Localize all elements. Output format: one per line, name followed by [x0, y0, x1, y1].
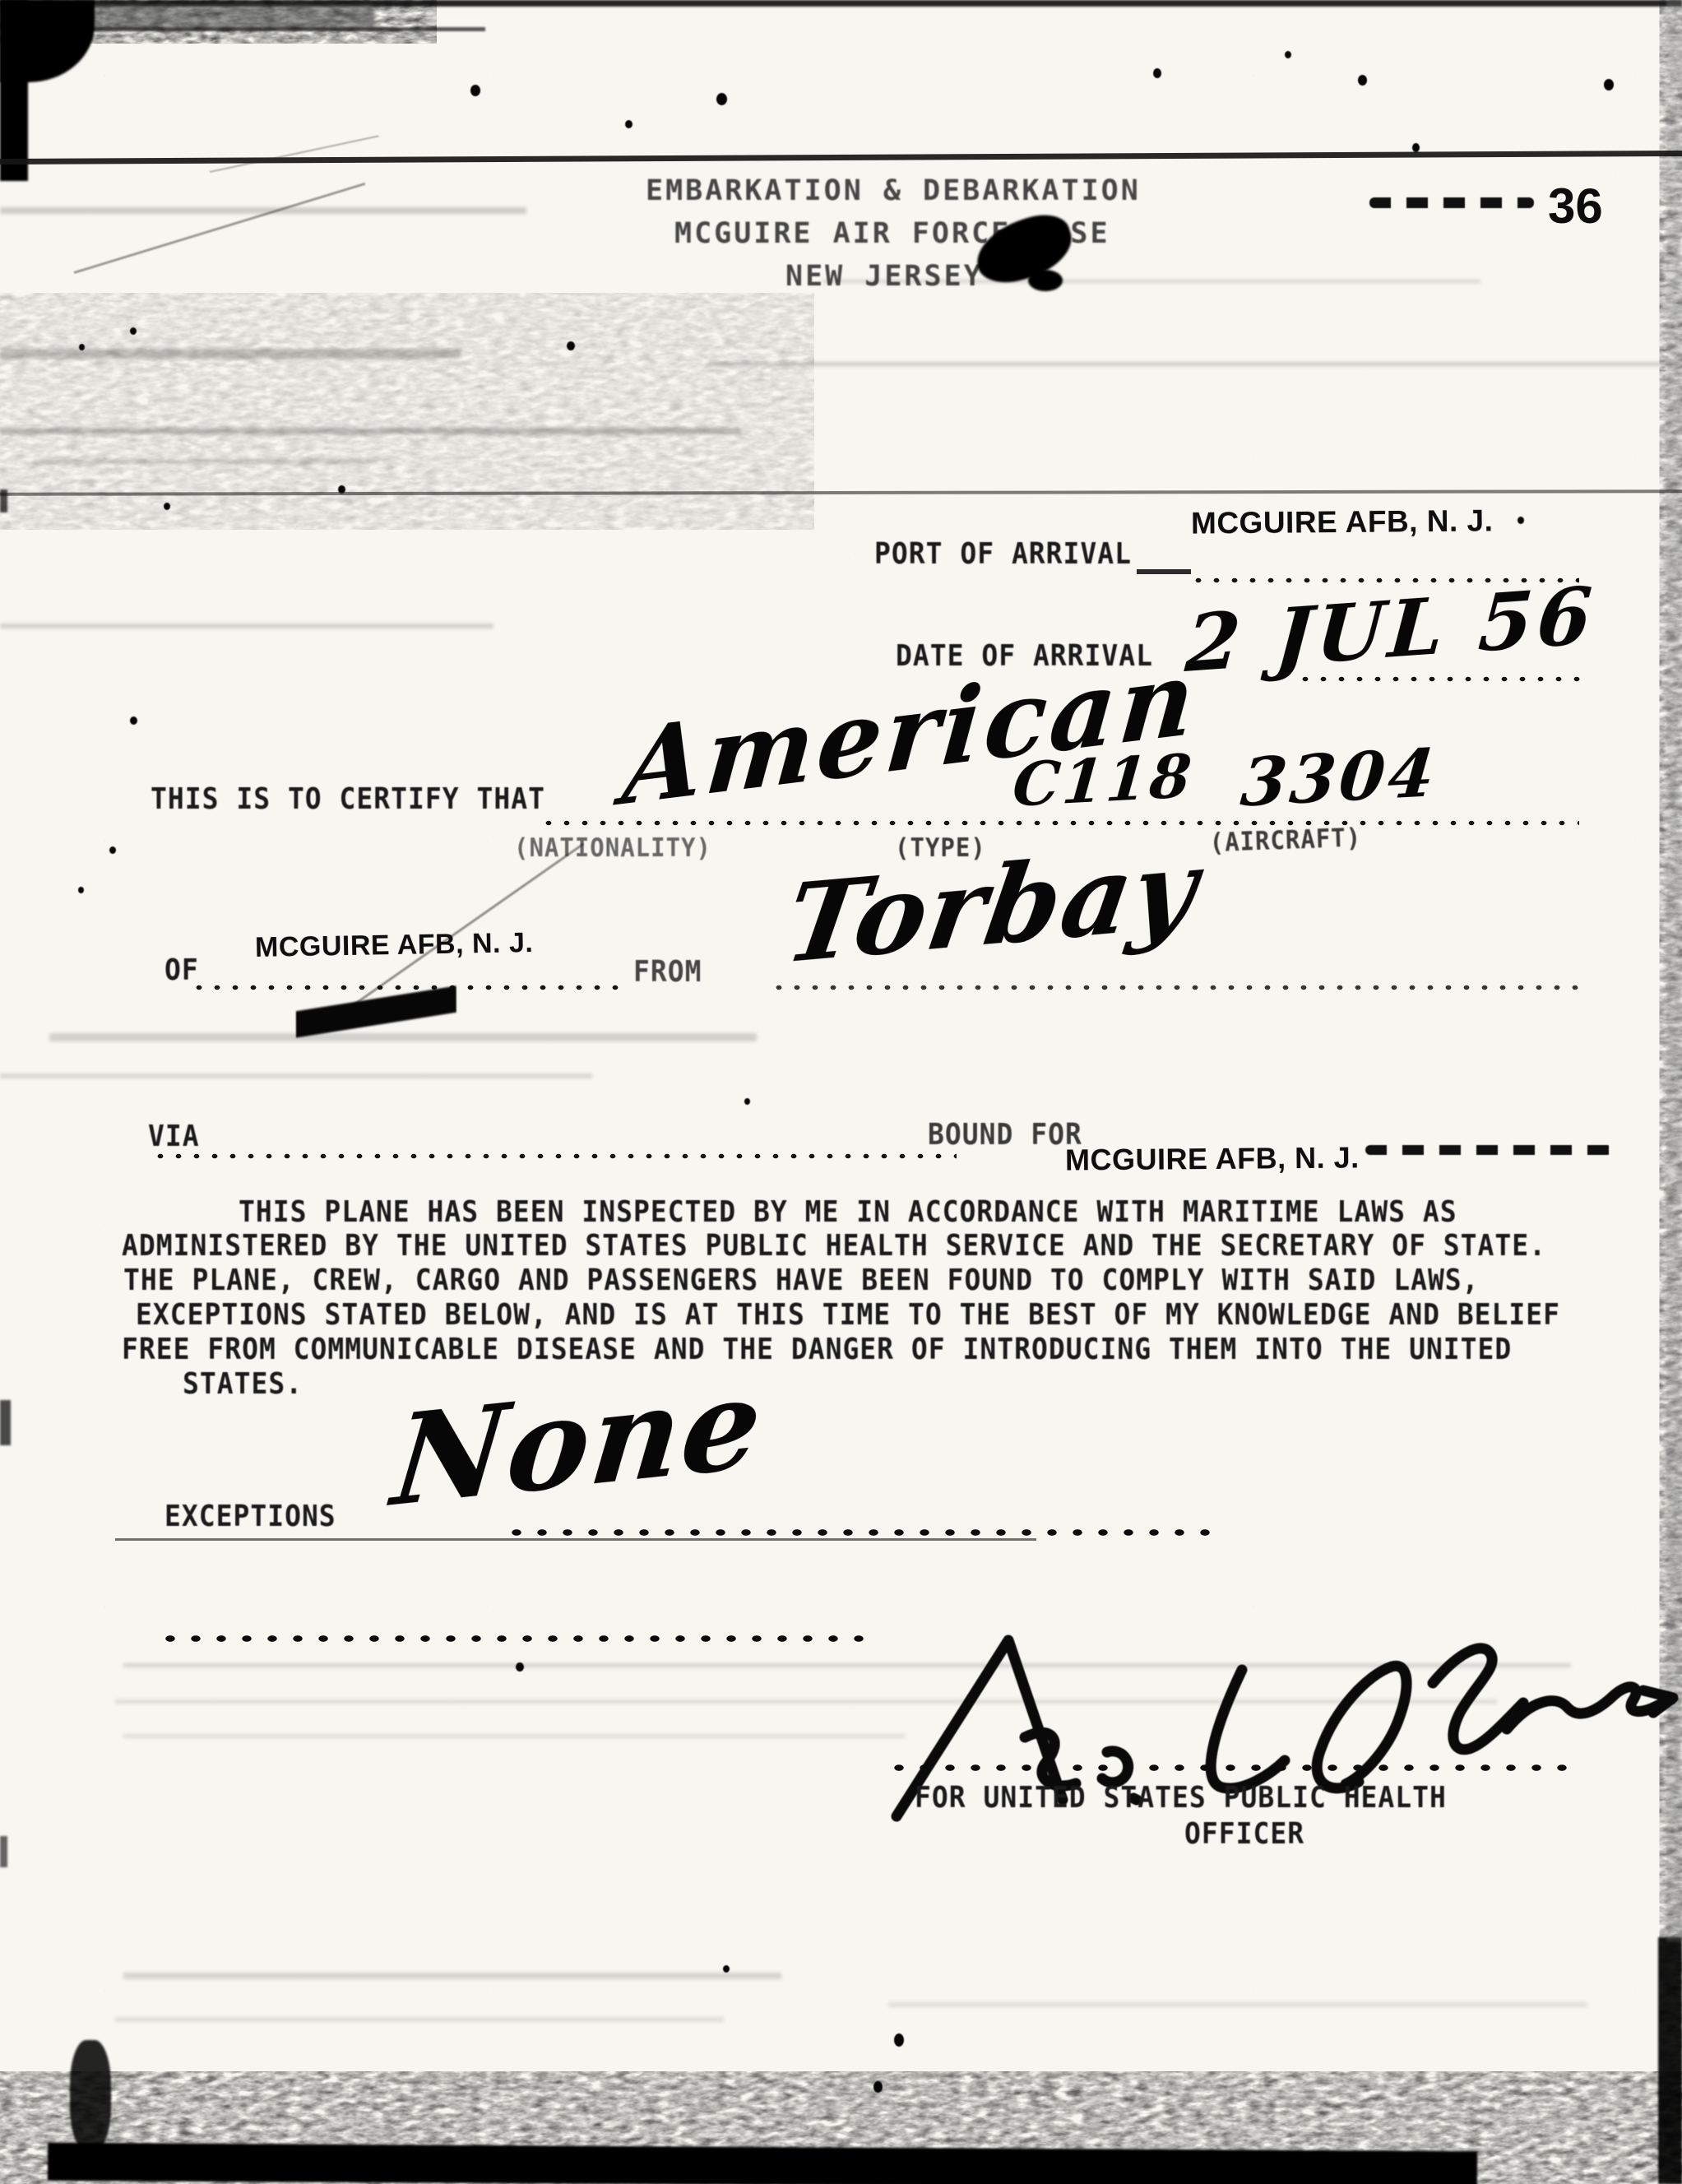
streak-artifact	[0, 349, 461, 359]
ink-speck	[744, 1098, 750, 1105]
port-of-arrival-label: PORT OF ARRIVAL	[874, 536, 1132, 571]
date-of-arrival-handwriting: 2 JUL 56	[1183, 569, 1599, 690]
streak-artifact	[33, 459, 378, 464]
paragraph-line: ADMINISTERED BY THE UNITED STATES PUBLIC…	[122, 1228, 1546, 1263]
header-stamp-line3: NEW JERSEY	[785, 260, 984, 293]
ink-speck	[1358, 75, 1367, 86]
streak-artifact	[707, 362, 1678, 366]
port-of-arrival-stamp: MCGUIRE AFB, N. J.	[1191, 503, 1494, 540]
type-handwriting: C118	[1010, 740, 1197, 820]
streak-artifact	[115, 1699, 1497, 1704]
header-stamp-line1: EMBARKATION & DEBARKATION	[646, 174, 1141, 207]
page-number-leader-dashes	[1369, 197, 1534, 208]
exceptions-label: EXCEPTIONS	[164, 1499, 336, 1533]
paragraph-line: THE PLANE, CREW, CARGO AND PASSENGERS HA…	[123, 1263, 1480, 1297]
ink-speck	[1285, 51, 1291, 58]
exceptions-handwriting: None	[387, 1349, 770, 1535]
right-edge-smudge	[1666, 0, 1682, 1941]
signature-title-line1: FOR UNITED STATES PUBLIC HEALTH	[915, 1780, 1447, 1815]
ink-speck	[79, 344, 85, 350]
dash-line	[1365, 1145, 1612, 1155]
ink-speck	[470, 85, 480, 96]
grain-noise-overlay	[0, 0, 1682, 2184]
streak-artifact	[123, 1663, 1571, 1667]
dotted-line	[1300, 675, 1583, 684]
via-handwriting-dash: —	[263, 851, 484, 1139]
from-handwriting: Torbay	[777, 824, 1207, 988]
dotted-line	[773, 983, 1579, 992]
scratch-line	[74, 183, 366, 274]
ink-speck	[1412, 143, 1420, 152]
left-edge-mark	[0, 1400, 11, 1445]
ink-speck	[78, 887, 84, 893]
ink-speck	[1518, 517, 1524, 524]
ink-speck	[1153, 68, 1161, 78]
dotted-line	[543, 818, 1579, 828]
ink-speck	[894, 2033, 904, 2047]
ink-blotch	[1028, 270, 1063, 291]
label-underscore	[1137, 569, 1191, 574]
streak-artifact	[0, 624, 493, 628]
ink-speck	[130, 716, 137, 725]
bound-for-label: BOUND FOR	[928, 1117, 1082, 1152]
signature-dotted-line	[890, 1762, 1573, 1774]
of-label: OF	[164, 953, 199, 987]
streak-artifact	[888, 2002, 1587, 2007]
ink-speck	[723, 1965, 730, 1973]
ink-speck	[338, 485, 345, 494]
ink-speck	[130, 327, 137, 335]
right-edge-bar	[1658, 1937, 1682, 2184]
streak-artifact	[0, 428, 740, 434]
bottom-left-blotch	[70, 2040, 111, 2151]
aircraft-caption: (AIRCRAFT)	[1209, 823, 1362, 858]
certify-label: THIS IS TO CERTIFY THAT	[151, 781, 545, 816]
streak-artifact	[123, 1973, 781, 1979]
left-edge-strip	[0, 0, 28, 181]
via-label: VIA	[148, 1119, 200, 1153]
left-edge-mark	[0, 1836, 7, 1867]
paragraph-line: THIS PLANE HAS BEEN INSPECTED BY ME IN A…	[239, 1194, 1457, 1229]
scratch-line	[210, 135, 379, 173]
nationality-caption: (NATIONALITY)	[514, 832, 711, 862]
bound-for-stamp: MCGUIRE AFB, N. J.	[1065, 1140, 1360, 1177]
heavy-dotted-line	[507, 1527, 1219, 1538]
paragraph-line: FREE FROM COMMUNICABLE DISEASE AND THE D…	[122, 1332, 1512, 1366]
dotted-line	[155, 1152, 957, 1161]
paragraph-line: STATES.	[183, 1366, 303, 1401]
heavy-dotted-line	[161, 1633, 869, 1644]
streak-artifact	[115, 2017, 724, 2022]
bottom-edge-bar	[48, 2143, 1477, 2184]
ink-speck	[164, 503, 170, 510]
ink-speck	[716, 93, 727, 105]
paragraph-line: EXCEPTIONS STATED BELOW, AND IS AT THIS …	[136, 1297, 1560, 1332]
scan-line-mid	[0, 489, 1682, 496]
ink-speck	[625, 120, 632, 128]
ink-speck	[567, 341, 575, 350]
ink-speck	[109, 846, 116, 854]
signature-title-line2: OFFICER	[1184, 1816, 1304, 1851]
ink-speck	[1604, 79, 1614, 90]
thin-line	[115, 1538, 1036, 1541]
streak-artifact	[123, 1734, 905, 1738]
from-label: FROM	[633, 954, 702, 989]
aircraft-handwriting: 3304	[1238, 734, 1441, 822]
page-number: 36	[1548, 178, 1603, 234]
scanned-document-page: EMBARKATION & DEBARKATION MCGUIRE AIR FO…	[0, 0, 1682, 2184]
ink-speck	[516, 1662, 524, 1672]
ink-speck	[873, 2081, 883, 2093]
